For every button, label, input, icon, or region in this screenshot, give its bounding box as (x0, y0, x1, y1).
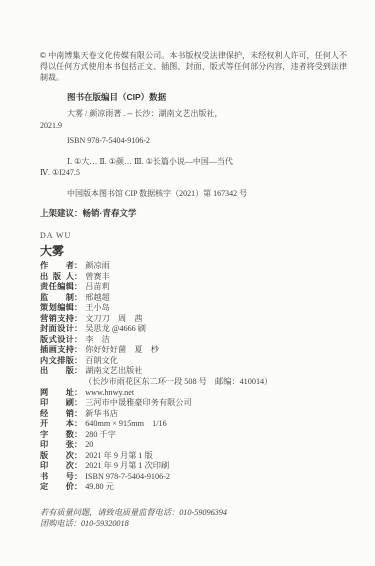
credit-row-planning-editor: 策划编辑：王小岛 (40, 303, 340, 314)
credit-value: 湖南文艺出版社 (82, 366, 142, 375)
credit-colon: ： (74, 409, 82, 418)
credit-label: 内文排版 (40, 356, 74, 367)
credit-row-distributor: 经销：新华书店 (40, 409, 340, 420)
credit-value: 280 千字 (82, 430, 116, 439)
cip-year-line: 2021.9 (40, 120, 340, 132)
credit-row-illustration: 插画支持：你好好好菌 夏 杪 (40, 345, 340, 356)
credit-label: 出版人 (40, 272, 74, 283)
credit-row-price: 定价：49.80 元 (40, 482, 340, 493)
credit-colon: ： (74, 482, 82, 491)
credit-value: 20 (82, 440, 93, 449)
credit-value: 2021 年 9 月第 1 次印刷 (82, 461, 169, 470)
credit-label: 网址 (40, 388, 74, 399)
credit-row-publisher: 出版：湖南文艺出版社 (40, 366, 340, 377)
credit-row-book-number: 书号：ISBN 978-7-5404-9106-2 (40, 472, 340, 483)
credit-label: 印张 (40, 440, 74, 451)
cip-isbn-line: ISBN 978-7-5404-9106-2 (40, 135, 340, 147)
credit-label: 版式设计 (40, 335, 74, 346)
credit-value: 李 洁 (82, 335, 110, 344)
copyright-notice: © 中南博集天卷文化传媒有限公司。本书版权受法律保护，未经权利人许可，任何人不得… (40, 50, 347, 83)
cip-title-line: 大雾 / 颜凉雨著 . -- 长沙：湖南文艺出版社， (40, 108, 340, 120)
credit-colon: ： (74, 366, 82, 375)
credit-value: 新华书店 (82, 409, 118, 418)
credit-colon: ： (74, 345, 82, 354)
credit-value: 颜凉雨 (82, 261, 110, 270)
credit-row-format: 开本：640mm × 915mm 1/16 (40, 419, 340, 430)
credit-row-cover-design: 封面设计：吴思龙 @4666 刷 (40, 324, 340, 335)
cip-class-line-2: Ⅳ. ①I247.5 (40, 167, 340, 179)
credit-value: 三河市中晟雅豪印务有限公司 (82, 398, 191, 407)
credit-colon: ： (74, 261, 82, 270)
credit-value: 邢越超 (82, 293, 110, 302)
credit-label: 版次 (40, 451, 74, 462)
credit-row-printer: 印刷：三河市中晟雅豪印务有限公司 (40, 398, 340, 409)
cip-class-line-1: Ⅰ. ①大… Ⅱ. ①颜… Ⅲ. ①长篇小说—中国—当代 (40, 156, 340, 168)
cip-block: 大雾 / 颜凉雨著 . -- 长沙：湖南文艺出版社， 2021.9 ISBN 9… (40, 108, 340, 199)
book-copyright-page: © 中南博集天卷文化传媒有限公司。本书版权受法律保护，未经权利人许可，任何人不得… (0, 0, 375, 566)
quality-hotline-note: 若有质量问题，请致电质量监督电话：010-59096394 (40, 507, 340, 518)
credit-colon: ： (74, 293, 82, 302)
credit-row-typesetting: 内文排版：百朗文化 (40, 356, 340, 367)
credit-row-word-count: 字数：280 千字 (40, 430, 340, 441)
credit-colon: ： (74, 398, 82, 407)
credit-label: 策划编辑 (40, 303, 74, 314)
spacer (40, 179, 340, 188)
credit-colon: ： (74, 272, 82, 281)
credit-colon: ： (74, 335, 82, 344)
credit-colon: ： (74, 430, 82, 439)
credit-colon: ： (74, 388, 82, 397)
credit-colon: ： (74, 419, 82, 428)
credit-label: 责任编辑 (40, 282, 74, 293)
credit-value: 49.80 元 (82, 482, 114, 491)
credit-colon: ： (74, 324, 82, 333)
credit-label: 经销 (40, 409, 74, 420)
credit-row-website: 网址：www.hnwy.net (40, 388, 340, 399)
shelf-suggestion: 上架建议：畅销·青春文学 (40, 207, 136, 219)
credit-label: 字数 (40, 430, 74, 441)
quality-notes: 若有质量问题，请致电质量监督电话：010-59096394 团购电话：010-5… (40, 507, 340, 529)
credit-value: 百朗文化 (82, 356, 118, 365)
credit-value: 640mm × 915mm 1/16 (82, 419, 167, 428)
cip-record-line: 中国版本图书馆 CIP 数据核字（2021）第 167342 号 (40, 188, 340, 200)
credit-value publisher-url: www.hnwy.net (82, 388, 134, 397)
credit-colon: ： (74, 282, 82, 291)
credit-label: 插画支持 (40, 345, 74, 356)
title-pinyin: DA WU (40, 231, 71, 240)
credit-label: 印刷 (40, 398, 74, 409)
credit-value: ISBN 978-7-5404-9106-2 (82, 472, 170, 481)
credit-label: 定价 (40, 482, 74, 493)
credit-label: 监制 (40, 293, 74, 304)
credit-label: 开本 (40, 419, 74, 430)
credit-row-editor: 责任编辑：吕苗莉 (40, 282, 340, 293)
credit-value: 吴思龙 @4666 刷 (82, 324, 146, 333)
spacer (40, 147, 340, 156)
credit-colon: ： (74, 451, 82, 460)
credit-label: 作者 (40, 261, 74, 272)
credit-colon: ： (74, 303, 82, 312)
credit-value: 王小岛 (82, 303, 110, 312)
credit-colon: ： (74, 356, 82, 365)
credit-value: 2021 年 9 月第 1 版 (82, 451, 153, 460)
credit-row-layout-design: 版式设计：李 洁 (40, 335, 340, 346)
book-title: 大雾 (40, 242, 64, 259)
credit-label: 出版 (40, 366, 74, 377)
credit-colon: ： (74, 440, 82, 449)
credit-value: 你好好好菌 夏 杪 (82, 345, 159, 354)
group-buy-note: 团购电话：010-59320018 (40, 518, 340, 529)
credit-label: 封面设计 (40, 324, 74, 335)
credit-row-marketing: 营销支持：文刀刀 周 茜 (40, 314, 340, 325)
credit-row-author: 作者：颜凉雨 (40, 261, 340, 272)
credits-list: 作者：颜凉雨 出版人：曾赛丰 责任编辑：吕苗莉 监制：邢越超 策划编辑：王小岛 … (40, 261, 340, 493)
credit-label: 营销支持 (40, 314, 74, 325)
credit-row-printing: 印次：2021 年 9 月第 1 次印刷 (40, 461, 340, 472)
credit-value: 文刀刀 周 茜 (82, 314, 142, 323)
credit-row-supervisor: 监制：邢越超 (40, 293, 340, 304)
cip-heading: 图书在版编目（CIP）数据 (67, 91, 166, 103)
publisher-address: （长沙市雨花区东二环一段 508 号 邮编：410014） (40, 377, 340, 388)
credit-row-edition: 版次：2021 年 9 月第 1 版 (40, 451, 340, 462)
credit-label: 印次 (40, 461, 74, 472)
credit-value: 曾赛丰 (82, 272, 110, 281)
credit-row-sheets: 印张：20 (40, 440, 340, 451)
credit-value: 吕苗莉 (82, 282, 110, 291)
credit-colon: ： (74, 461, 82, 470)
credit-label: 书号 (40, 472, 74, 483)
credit-colon: ： (74, 314, 82, 323)
credit-row-publisher-person: 出版人：曾赛丰 (40, 272, 340, 283)
credit-colon: ： (74, 472, 82, 481)
